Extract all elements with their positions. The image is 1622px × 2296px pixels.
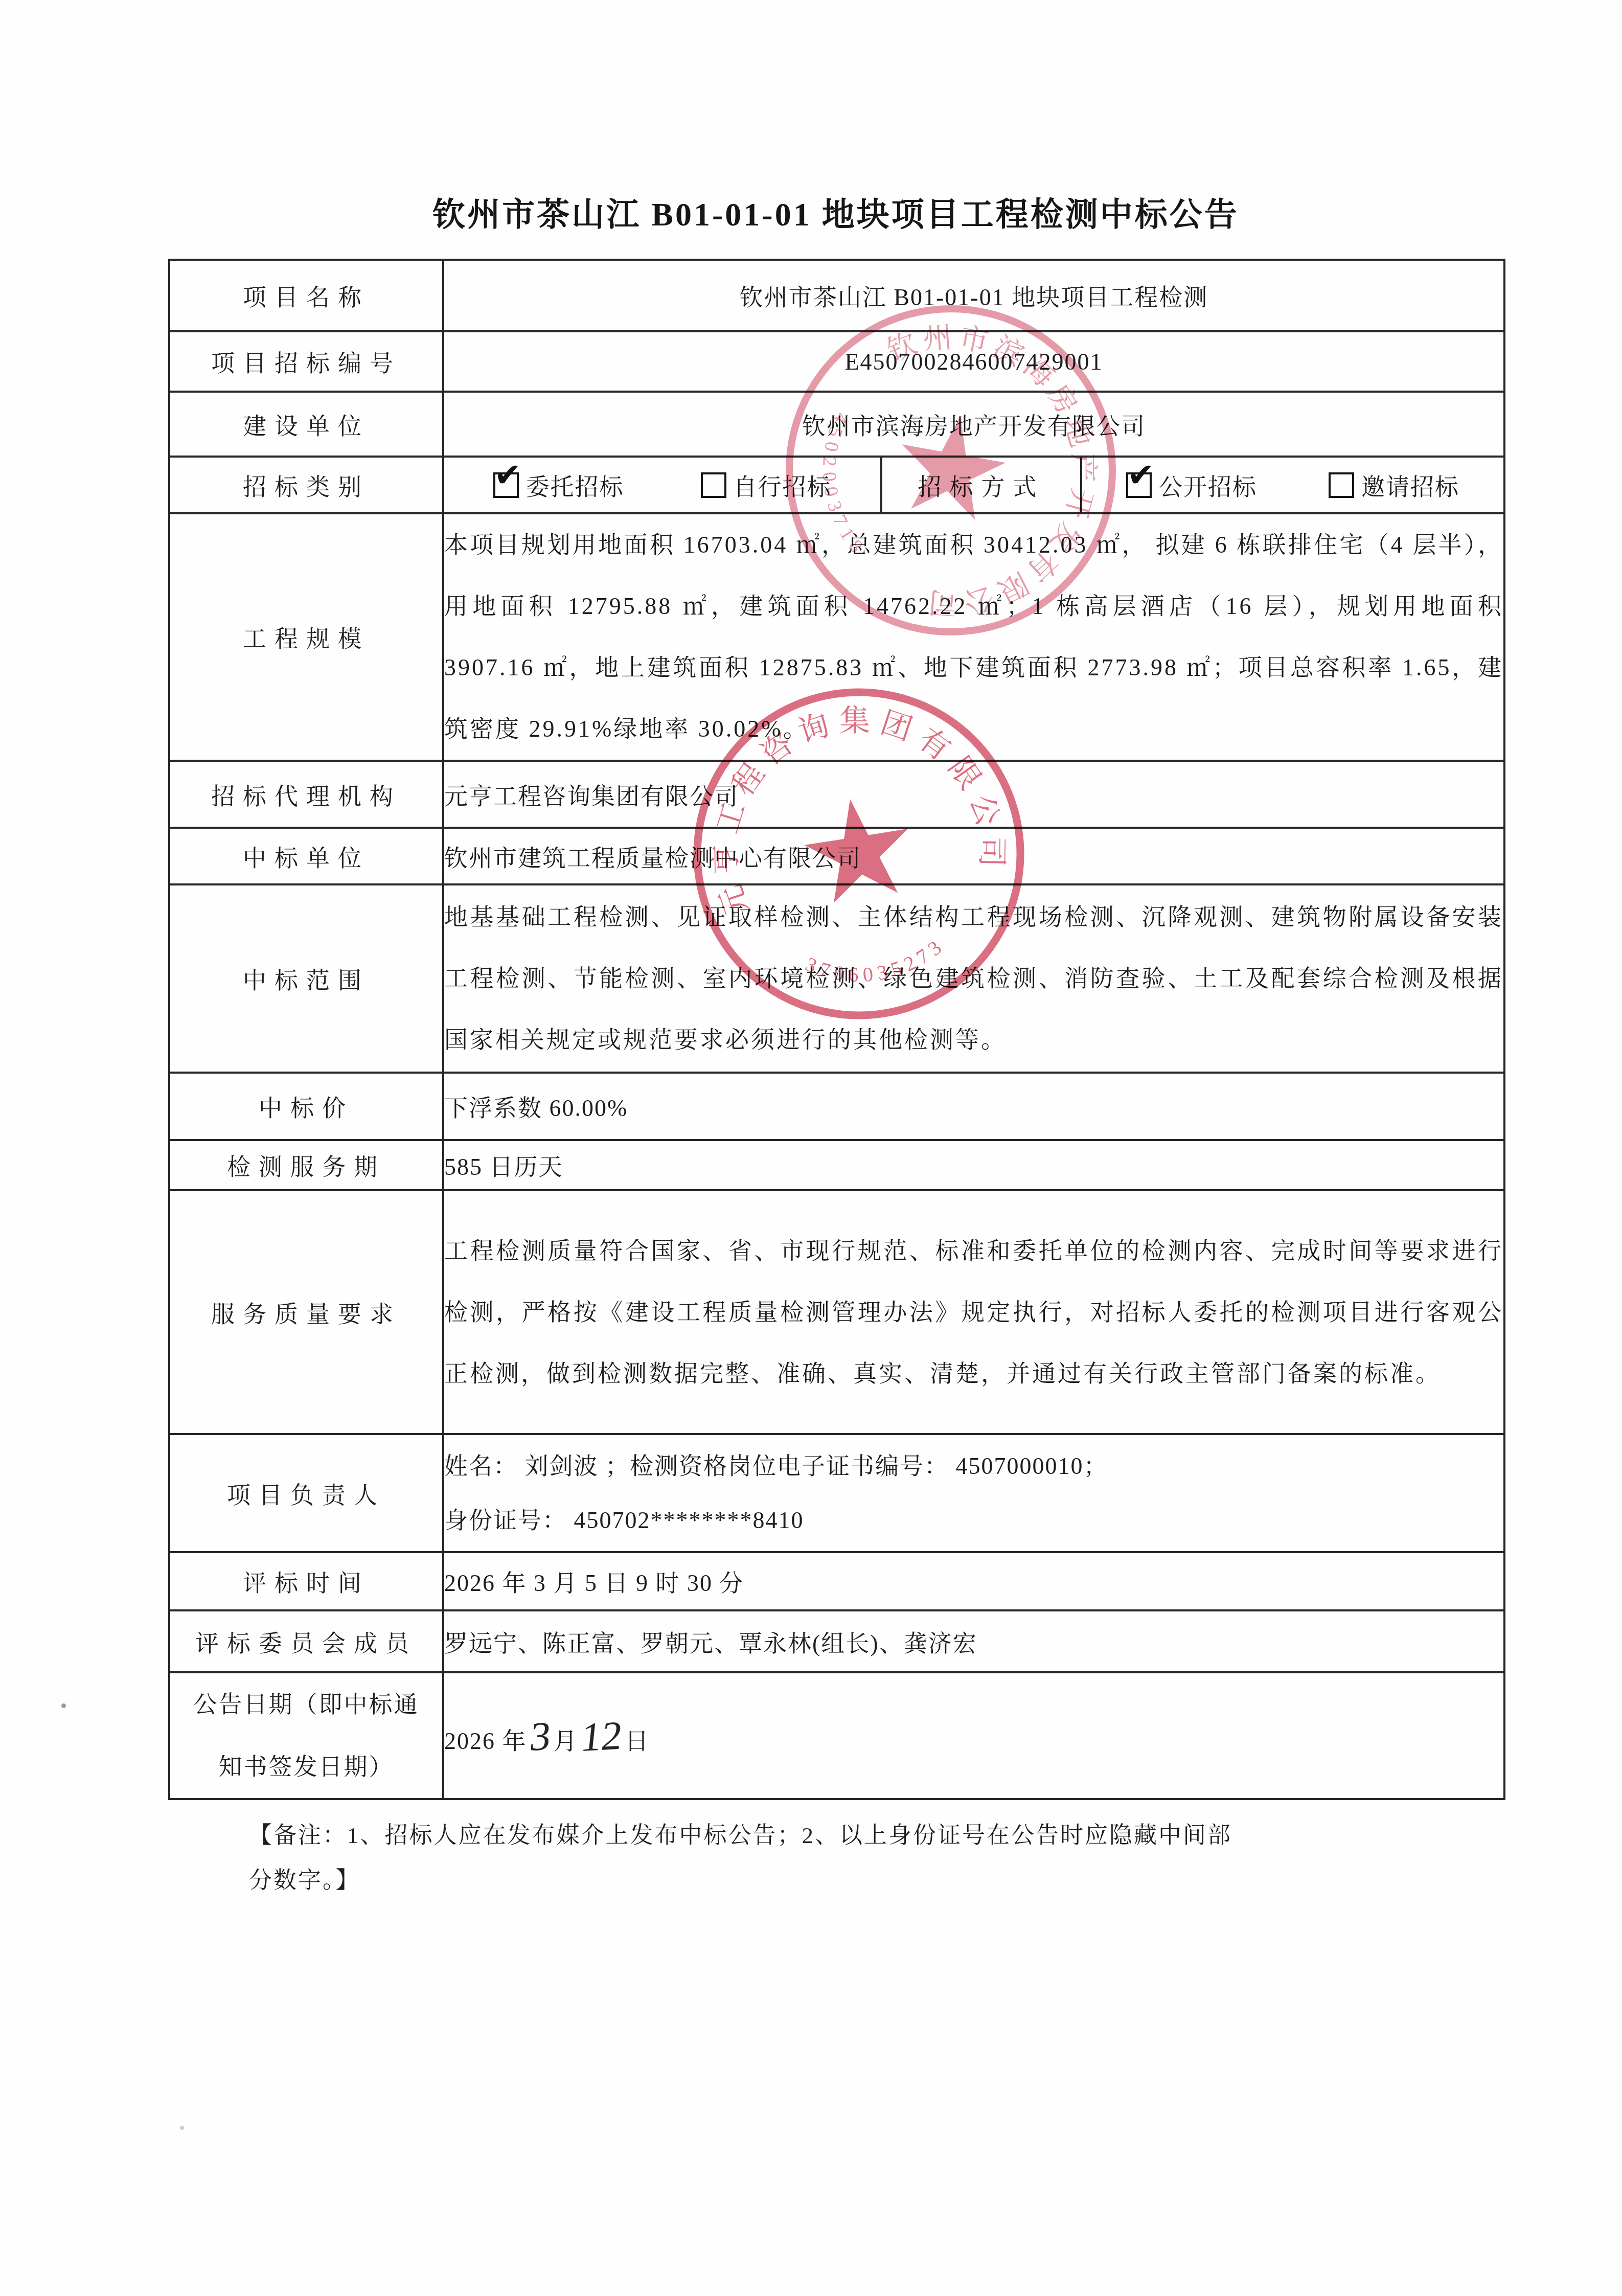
tender-method-cell: ✔ 公开招标 邀请招标: [1081, 457, 1504, 513]
row-label: 评标时间: [169, 1552, 443, 1610]
option-invited-tender: 邀请招标: [1329, 468, 1459, 502]
table-row: 中标单位 钦州市建筑工程质量检测中心有限公司: [169, 828, 1504, 884]
row-label: 项目负责人: [169, 1434, 443, 1552]
row-label: 项目名称: [169, 260, 443, 331]
row-label: 建设单位: [169, 392, 443, 457]
page-title: 钦州市茶山江 B01-01-01 地块项目工程检测中标公告: [168, 188, 1503, 235]
checkbox-unchecked-icon: [1329, 472, 1354, 498]
leader-name-line: 姓名： 刘剑波 ；检测资格岗位电子证书编号： 4507000010；: [444, 1439, 1503, 1493]
owner-value: 钦州市滨海房地产开发有限公司: [443, 392, 1504, 457]
table-row: 公告日期（即中标通 知书签发日期） 2026 年3月12日: [169, 1672, 1504, 1799]
date-month-handwritten: 3: [524, 1713, 556, 1761]
winning-price-value: 下浮系数 60.00%: [443, 1073, 1504, 1140]
checkbox-checked-icon: ✔: [493, 472, 519, 498]
table-row: 工程规模 本项目规划用地面积 16703.04 ㎡，总建筑面积 30412.03…: [169, 513, 1504, 761]
row-label: 检测服务期: [169, 1140, 443, 1190]
option-label: 自行招标: [734, 468, 832, 502]
quality-requirement-value: 工程检测质量符合国家、省、市现行规范、标准和委托单位的检测内容、完成时间等要求进…: [443, 1190, 1504, 1434]
winner-value: 钦州市建筑工程质量检测中心有限公司: [443, 828, 1504, 884]
table-row: 中标范围 地基基础工程检测、见证取样检测、主体结构工程现场检测、沉降观测、建筑物…: [169, 884, 1504, 1073]
committee-members-value: 罗远宁、陈正富、罗朝元、覃永林(组长)、龚济宏: [443, 1610, 1504, 1672]
announcement-table: 项目名称 钦州市茶山江 B01-01-01 地块项目工程检测 项目招标编号 E4…: [168, 259, 1505, 1800]
option-label: 邀请招标: [1361, 468, 1459, 502]
row-label: 中标单位: [169, 828, 443, 884]
tender-number-value: E4507002846007429001: [443, 331, 1504, 392]
remark-note: 【备注：1、招标人应在发布媒介上发布中标公告；2、以上身份证号在公告时应隐藏中间…: [249, 1813, 1517, 1903]
row-label: 项目招标编号: [169, 331, 443, 392]
table-row: 项目名称 钦州市茶山江 B01-01-01 地块项目工程检测: [169, 260, 1504, 331]
option-open-tender: ✔ 公开招标: [1126, 468, 1257, 502]
checkbox-unchecked-icon: [701, 472, 726, 498]
table-row: 项目负责人 姓名： 刘剑波 ；检测资格岗位电子证书编号： 4507000010；…: [169, 1434, 1504, 1552]
row-label: 招标类别: [169, 457, 443, 513]
date-day-handwritten: 12: [575, 1712, 627, 1761]
service-period-value: 585 日历天: [443, 1140, 1504, 1190]
agency-value: 元亨工程咨询集团有限公司: [443, 761, 1504, 828]
table-row: 招标类别 ✔ 委托招标 自行招标 招标方式 ✔: [169, 457, 1504, 513]
table-row: 检测服务期 585 日历天: [169, 1140, 1504, 1190]
table-row: 项目招标编号 E4507002846007429001: [169, 331, 1504, 392]
leader-id-line: 身份证号： 450702********8410: [444, 1493, 1503, 1548]
scan-speck: [180, 2126, 184, 2130]
scan-speck: [61, 1703, 66, 1708]
announcement-date-cell: 2026 年3月12日: [443, 1672, 1504, 1799]
table-row: 建设单位 钦州市滨海房地产开发有限公司: [169, 392, 1504, 457]
row-label: 招标代理机构: [169, 761, 443, 828]
row-label: 中标范围: [169, 884, 443, 1073]
date-day-unit: 日: [625, 1728, 650, 1754]
table-row: 招标代理机构 元亨工程咨询集团有限公司: [169, 761, 1504, 828]
tender-method-label: 招标方式: [881, 457, 1081, 513]
date-year-printed: 2026 年: [444, 1728, 527, 1754]
option-entrusted-tender: ✔ 委托招标: [493, 468, 624, 502]
row-label: 中标价: [169, 1073, 443, 1140]
option-self-tender: 自行招标: [701, 468, 832, 502]
announcement-date-label: 公告日期（即中标通 知书签发日期）: [169, 1672, 443, 1799]
checkbox-checked-icon: ✔: [1126, 472, 1152, 498]
table-row: 中标价 下浮系数 60.00%: [169, 1073, 1504, 1140]
table-row: 评标时间 2026 年 3 月 5 日 9 时 30 分: [169, 1552, 1504, 1610]
date-month-unit: 月: [554, 1728, 578, 1754]
table-row: 评标委员会成员 罗远宁、陈正富、罗朝元、覃永林(组长)、龚济宏: [169, 1610, 1504, 1672]
option-label: 委托招标: [526, 468, 624, 502]
scope-value: 地基基础工程检测、见证取样检测、主体结构工程现场检测、沉降观测、建筑物附属设备安…: [443, 884, 1504, 1073]
evaluation-time-value: 2026 年 3 月 5 日 9 时 30 分: [443, 1552, 1504, 1610]
row-label: 工程规模: [169, 513, 443, 761]
tender-category-cell: ✔ 委托招标 自行招标: [443, 457, 881, 513]
remark-line-1: 【备注：1、招标人应在发布媒介上发布中标公告；2、以上身份证号在公告时应隐藏中间…: [249, 1813, 1517, 1858]
project-scale-value: 本项目规划用地面积 16703.04 ㎡，总建筑面积 30412.03 ㎡， 拟…: [443, 513, 1504, 761]
table-row: 服务质量要求 工程检测质量符合国家、省、市现行规范、标准和委托单位的检测内容、完…: [169, 1190, 1504, 1434]
project-leader-cell: 姓名： 刘剑波 ；检测资格岗位电子证书编号： 4507000010； 身份证号：…: [443, 1434, 1504, 1552]
row-label: 服务质量要求: [169, 1190, 443, 1434]
remark-line-2: 分数字。】: [249, 1858, 1517, 1903]
project-name-value: 钦州市茶山江 B01-01-01 地块项目工程检测: [443, 260, 1504, 331]
row-label: 评标委员会成员: [169, 1610, 443, 1672]
document-page: 钦州市茶山江 B01-01-01 地块项目工程检测中标公告 项目名称 钦州市茶山…: [0, 0, 1622, 2296]
option-label: 公开招标: [1159, 468, 1257, 502]
